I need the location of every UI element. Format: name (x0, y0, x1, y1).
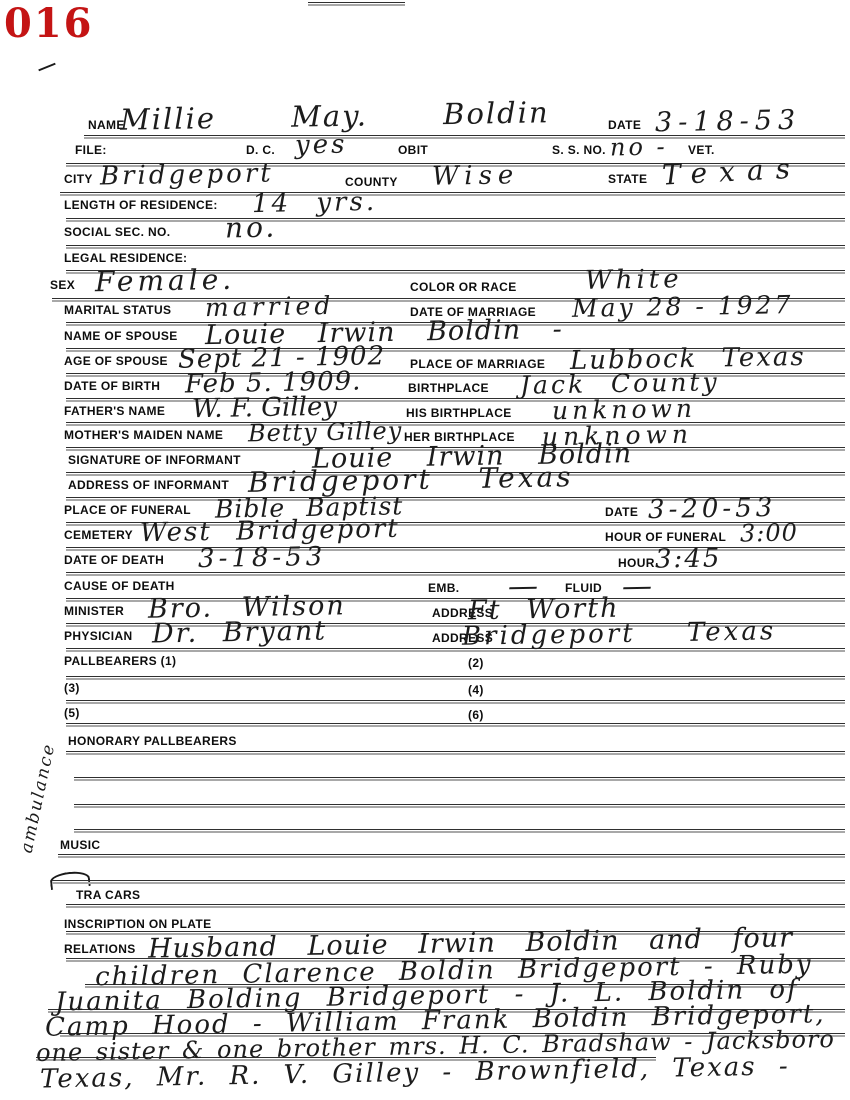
social-sec-no-value: no. (225, 214, 278, 243)
date-of-birth-label: DATE OF BIRTH (64, 379, 160, 393)
social-sec-no-label: SOCIAL SEC. NO. (64, 225, 170, 239)
rule-line (66, 218, 845, 222)
sex-label: SEX (50, 278, 75, 292)
relations-label: RELATIONS (64, 942, 136, 956)
hour-of-funeral-value: 3:00 (740, 520, 798, 545)
page-number: 016 (4, 0, 94, 47)
date-label: DATE (608, 118, 641, 132)
dc-label: D. C. (246, 143, 275, 157)
marital-status-value: married (205, 293, 335, 320)
emb-label: EMB. (428, 581, 459, 595)
stray-line (308, 2, 405, 6)
rule-line (52, 880, 845, 884)
physician-label: PHYSICIAN (64, 629, 133, 643)
funeral-date-label: DATE (605, 505, 638, 519)
county-value: Wise (432, 162, 520, 190)
city-value: Bridgeport (100, 160, 274, 189)
legal-residence-label: LEGAL RESIDENCE: (64, 251, 187, 265)
cemetery-value: West Bridgeport (140, 516, 400, 547)
inscription-on-plate-label: INSCRIPTION ON PLATE (64, 917, 211, 931)
state-value: Texas (661, 154, 802, 189)
marital-status-label: MARITAL STATUS (64, 303, 171, 317)
rule-line (74, 777, 845, 781)
pallbearers-6-label: (6) (468, 708, 484, 722)
date-of-death-value: 3-18-53 (198, 544, 327, 572)
pallbearers-1-label: PALLBEARERS (1) (64, 654, 176, 668)
birthplace-label: BIRTHPLACE (408, 381, 489, 395)
minister-label: MINISTER (64, 604, 124, 618)
signature-of-informant-label: SIGNATURE OF INFORMANT (68, 453, 241, 467)
scanned-funeral-record: 016 NAME Millie May. Boldin DATE 3-18-53… (0, 0, 850, 1100)
address-of-informant-value: Bridgeport Texas (248, 463, 574, 497)
rule-line (66, 751, 845, 755)
physician-value: Dr. Bryant (152, 617, 328, 647)
pallbearers-2-label: (2) (468, 656, 484, 670)
hour-value: 3:45 (655, 545, 722, 572)
rule-line (66, 547, 845, 551)
rule-line (74, 804, 845, 808)
rule-line (66, 700, 845, 704)
age-of-spouse-label: AGE OF SPOUSE (64, 354, 168, 368)
rule-line (66, 422, 845, 426)
pallbearers-4-label: (4) (468, 683, 484, 697)
fathers-name-label: FATHER'S NAME (64, 404, 165, 418)
pallbearers-5-label: (5) (64, 706, 80, 720)
rule-line (66, 245, 845, 249)
pen-mark (38, 63, 55, 72)
margin-note: ambulance (17, 741, 60, 855)
pallbearers-3-label: (3) (64, 681, 80, 695)
city-label: CITY (64, 172, 93, 186)
ssn-value: no - (610, 134, 668, 159)
ssn-label: S. S. NO. (552, 143, 606, 157)
rule-line (58, 854, 845, 858)
length-of-residence-label: LENGTH OF RESIDENCE: (64, 198, 218, 212)
fluid-value: — (622, 572, 653, 603)
hour-of-funeral-label: HOUR OF FUNERAL (605, 530, 726, 544)
place-of-funeral-label: PLACE OF FUNERAL (64, 503, 191, 517)
rule-line (66, 676, 845, 680)
color-or-race-label: COLOR OR RACE (410, 280, 517, 294)
address-of-informant-label: ADDRESS OF INFORMANT (68, 478, 229, 492)
rule-line (66, 572, 845, 576)
rule-line (66, 398, 845, 402)
cemetery-label: CEMETERY (64, 528, 133, 542)
date-value: 3-18-53 (655, 107, 802, 137)
rule-line (66, 723, 845, 727)
rule-line (60, 192, 845, 196)
name-of-spouse-label: NAME OF SPOUSE (64, 329, 178, 343)
date-of-death-label: DATE OF DEATH (64, 553, 164, 567)
mothers-maiden-name-value: Betty Gilley (248, 419, 403, 446)
music-label: MUSIC (60, 838, 100, 852)
vet-label: VET. (688, 143, 715, 157)
place-of-marriage-label: PLACE OF MARRIAGE (410, 357, 545, 371)
dc-value: yes (295, 132, 348, 159)
physician-address-value: Bridgeport Texas (462, 618, 777, 649)
state-label: STATE (608, 172, 647, 186)
cause-of-death-label: CAUSE OF DEATH (64, 579, 175, 593)
obit-label: OBIT (398, 143, 428, 157)
his-birthplace-label: HIS BIRTHPLACE (406, 406, 512, 420)
rule-line (74, 829, 845, 833)
rule-line (66, 904, 845, 908)
color-or-race-value: White (585, 266, 683, 294)
honorary-pallbearers-label: HONORARY PALLBEARERS (68, 734, 237, 748)
mothers-maiden-name-label: MOTHER'S MAIDEN NAME (64, 428, 223, 442)
date-of-marriage-value: May 28 - 1927 (572, 292, 794, 321)
file-label: FILE: (75, 143, 107, 157)
extra-cars-label: TRA CARS (76, 888, 140, 902)
sex-value: Female. (95, 266, 236, 296)
